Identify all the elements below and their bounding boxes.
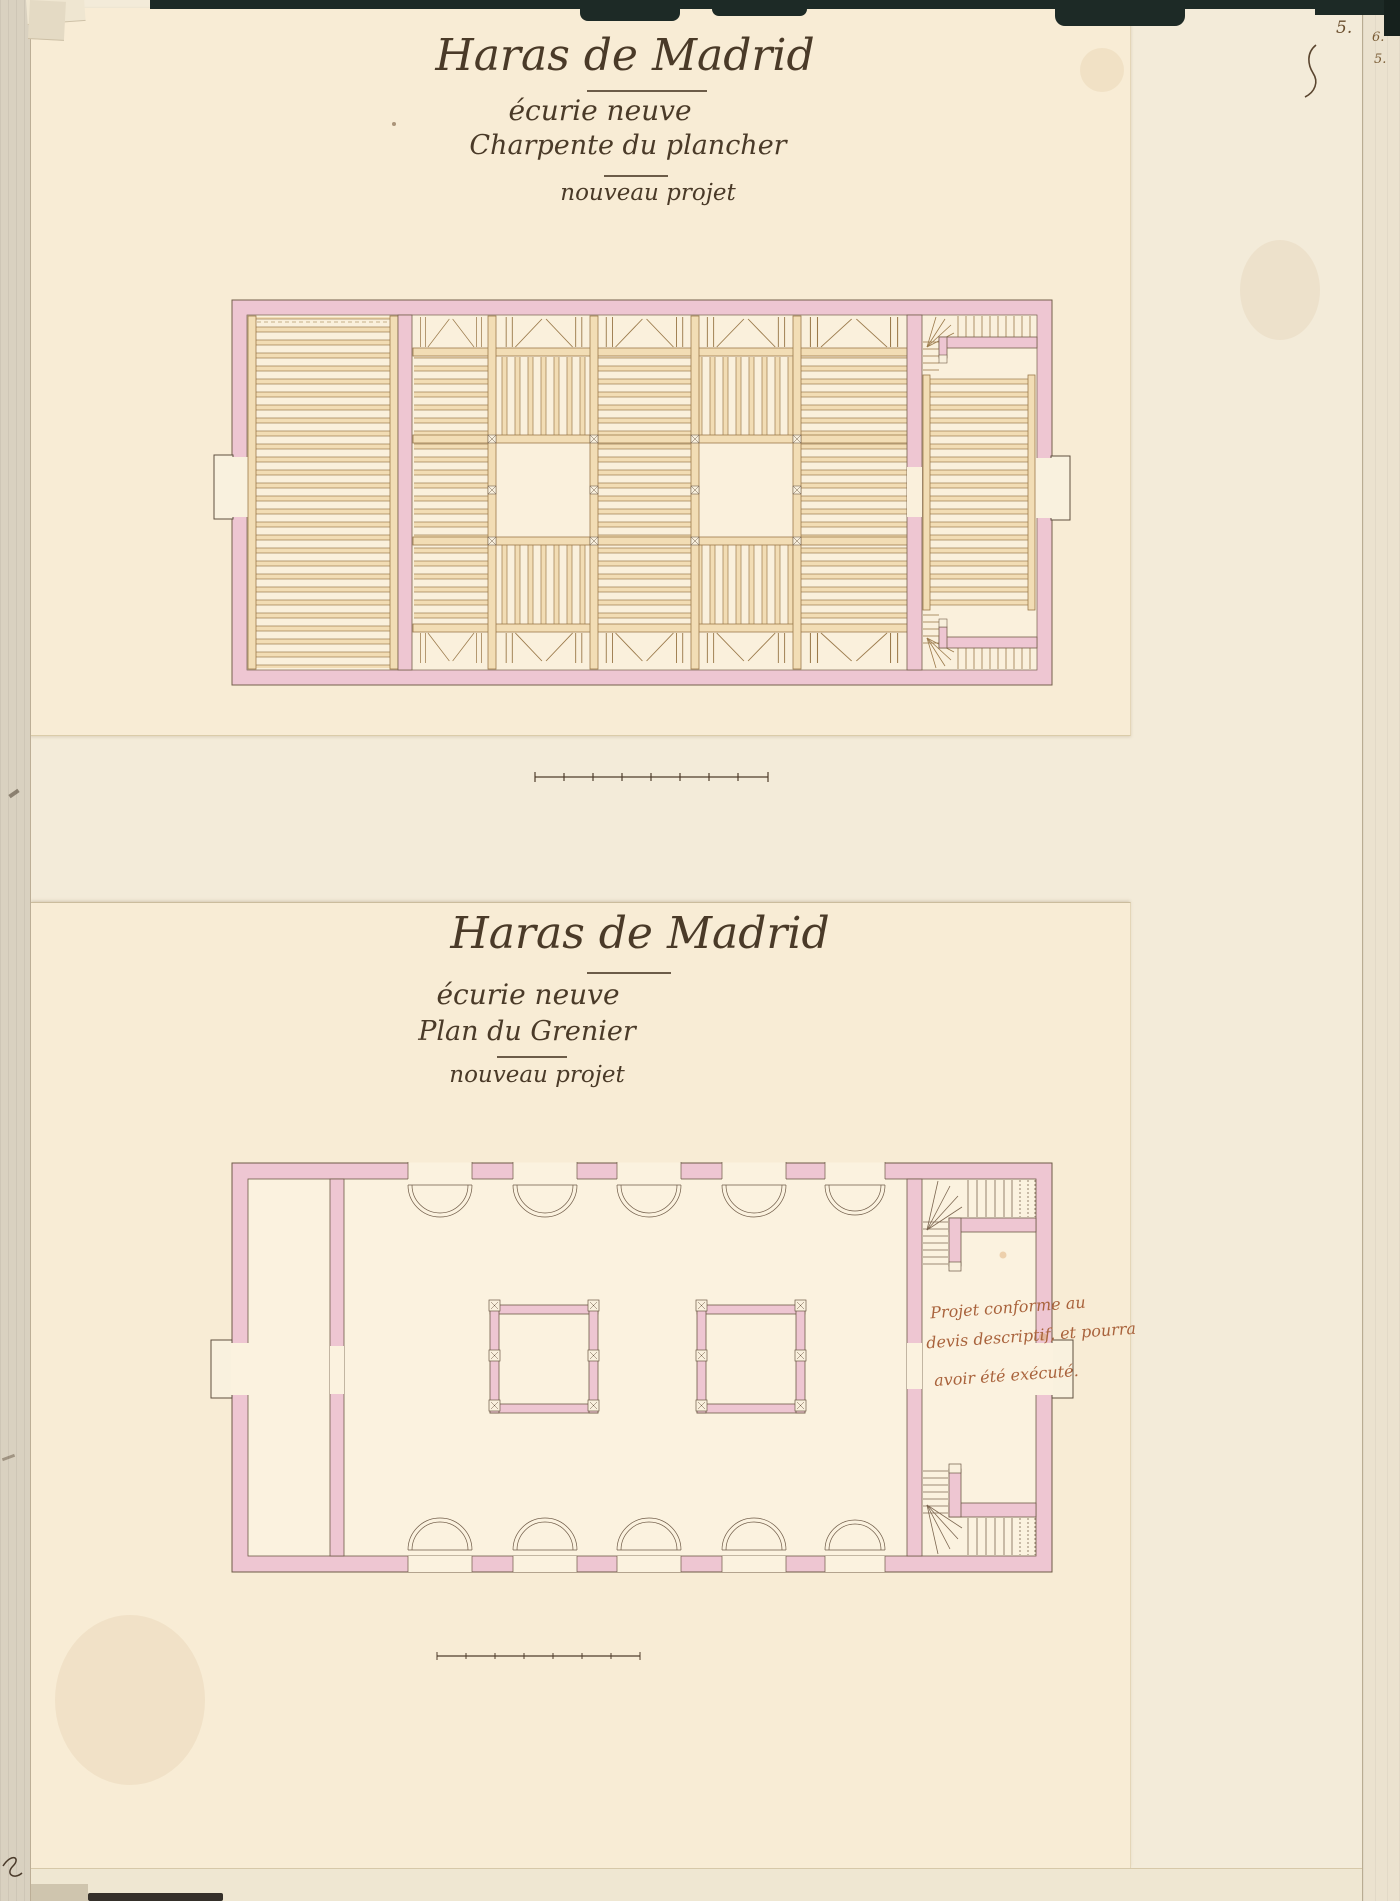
lower-title-sub3: nouveau projet	[449, 1062, 624, 1088]
ink-speck	[392, 122, 396, 126]
folio-flourish-mark	[1300, 42, 1326, 102]
floor-framing-plan	[200, 285, 1090, 705]
folio-number: 5.	[1336, 18, 1352, 38]
interior-wall-left	[330, 1179, 344, 1556]
left-joist-room	[248, 316, 398, 669]
lower-title-rule-1	[587, 972, 671, 974]
upper-scale-bar	[530, 768, 775, 786]
upper-title-sub1: écurie neuve	[508, 94, 691, 127]
upper-title-rule-1	[587, 90, 707, 92]
edge-page-number-5: 5.	[1374, 52, 1386, 67]
paper-freckle	[1000, 1252, 1007, 1259]
upper-title-main: Haras de Madrid	[435, 30, 814, 81]
paper-stain	[55, 1615, 205, 1785]
left-doorway	[211, 1340, 249, 1398]
top-dark-backing	[1055, 0, 1185, 26]
left-page-edges	[0, 0, 31, 1901]
interior-wall-left	[398, 315, 412, 670]
interior-wall-right	[907, 1179, 922, 1556]
paper-stain	[1240, 240, 1320, 340]
corner-flourish-mark	[0, 1832, 26, 1882]
lower-title-sub1: écurie neuve	[436, 978, 619, 1011]
lower-scale-bar	[432, 1648, 647, 1664]
lower-title-rule-2	[497, 1056, 567, 1058]
right-page-edges	[1362, 14, 1400, 1901]
paper-stain	[1080, 48, 1124, 92]
upper-title-rule-2	[604, 175, 668, 177]
edge-page-number-6: 6.	[1372, 30, 1384, 45]
top-dark-backing	[1384, 0, 1400, 36]
top-dark-backing	[580, 0, 680, 21]
lower-title-main: Haras de Madrid	[450, 908, 829, 959]
top-dark-backing	[712, 0, 807, 16]
album-page: 6. 5. 5. Haras de Madrid écurie neuve Ch…	[0, 0, 1400, 1901]
central-framing-field	[413, 316, 908, 669]
bottom-dark-sliver	[88, 1893, 223, 1901]
exterior-walls	[232, 1163, 1052, 1572]
interior-wall-right	[907, 315, 922, 670]
lower-title-sub2: Plan du Grenier	[418, 1016, 636, 1047]
upper-title-sub3: nouveau projet	[560, 180, 735, 206]
upper-title-sub2: Charpente du plancher	[469, 130, 786, 161]
page-corner-fragment	[28, 0, 66, 41]
